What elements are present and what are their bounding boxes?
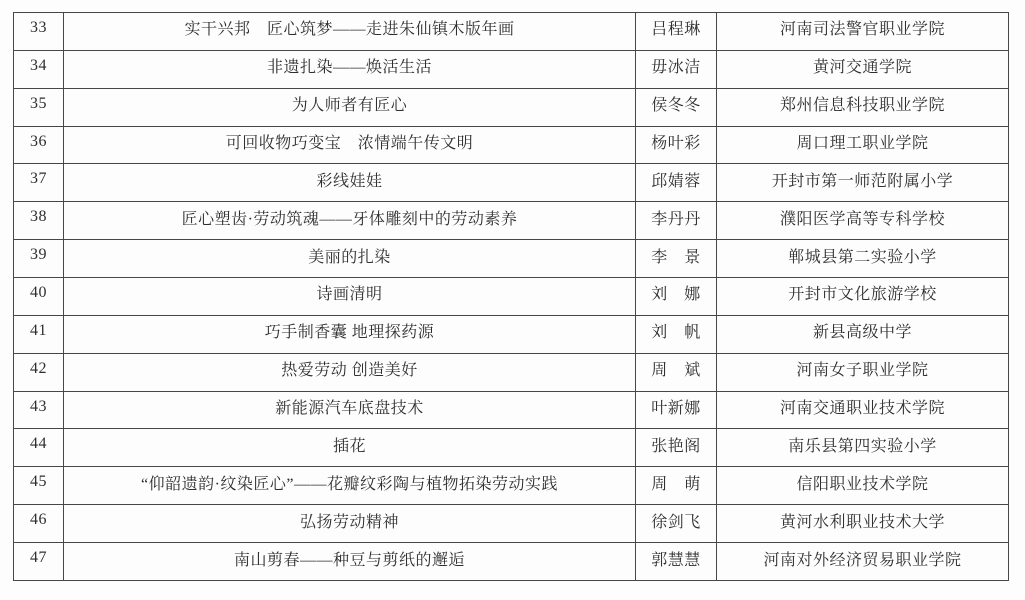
table-row: 36可回收物巧变宝 浓情端午传文明杨叶彩周口理工职业学院 — [14, 126, 1009, 164]
cell-number: 38 — [14, 202, 64, 240]
cell-number: 39 — [14, 240, 64, 278]
cell-institution: 周口理工职业学院 — [717, 126, 1009, 164]
cell-name: 侯冬冬 — [636, 88, 717, 126]
table-row: 43新能源汽车底盘技术叶新娜河南交通职业技术学院 — [14, 391, 1009, 429]
cell-number: 36 — [14, 126, 64, 164]
table-row: 37彩线娃娃邱婧蓉开封市第一师范附属小学 — [14, 164, 1009, 202]
cell-name: 刘 帆 — [636, 315, 717, 353]
table-row: 40诗画清明刘 娜开封市文化旅游学校 — [14, 278, 1009, 316]
cell-number: 34 — [14, 50, 64, 88]
table-row: 38匠心塑齿·劳动筑魂——牙体雕刻中的劳动素养李丹丹濮阳医学高等专科学校 — [14, 202, 1009, 240]
table-row: 35为人师者有匠心侯冬冬郑州信息科技职业学院 — [14, 88, 1009, 126]
table-row: 44插花张艳阁南乐县第四实验小学 — [14, 429, 1009, 467]
cell-name: 郭慧慧 — [636, 543, 717, 581]
cell-title: 为人师者有匠心 — [64, 88, 636, 126]
table-row: 42热爱劳动 创造美好周 斌河南女子职业学院 — [14, 353, 1009, 391]
cell-institution: 郸城县第二实验小学 — [717, 240, 1009, 278]
results-table: 33实干兴邦 匠心筑梦——走进朱仙镇木版年画吕程琳河南司法警官职业学院34非遗扎… — [13, 12, 1009, 581]
cell-name: 刘 娜 — [636, 278, 717, 316]
cell-title: 非遗扎染——焕活生活 — [64, 50, 636, 88]
cell-number: 37 — [14, 164, 64, 202]
cell-name: 杨叶彩 — [636, 126, 717, 164]
cell-institution: 郑州信息科技职业学院 — [717, 88, 1009, 126]
cell-institution: 黄河交通学院 — [717, 50, 1009, 88]
cell-institution: 开封市文化旅游学校 — [717, 278, 1009, 316]
table-row: 39美丽的扎染李 景郸城县第二实验小学 — [14, 240, 1009, 278]
cell-institution: 新县高级中学 — [717, 315, 1009, 353]
cell-name: 毋冰洁 — [636, 50, 717, 88]
table-row: 47南山剪春——种豆与剪纸的邂逅郭慧慧河南对外经济贸易职业学院 — [14, 543, 1009, 581]
table-row: 45“仰韶遗韵·纹染匠心”——花瓣纹彩陶与植物拓染劳动实践周 萌信阳职业技术学院 — [14, 467, 1009, 505]
table-row: 41巧手制香囊 地理探药源刘 帆新县高级中学 — [14, 315, 1009, 353]
document-page: 33实干兴邦 匠心筑梦——走进朱仙镇木版年画吕程琳河南司法警官职业学院34非遗扎… — [0, 0, 1025, 600]
results-table-body: 33实干兴邦 匠心筑梦——走进朱仙镇木版年画吕程琳河南司法警官职业学院34非遗扎… — [14, 13, 1009, 581]
cell-institution: 河南女子职业学院 — [717, 353, 1009, 391]
cell-institution: 黄河水利职业技术大学 — [717, 505, 1009, 543]
cell-number: 45 — [14, 467, 64, 505]
cell-number: 40 — [14, 278, 64, 316]
cell-number: 33 — [14, 13, 64, 51]
cell-title: 匠心塑齿·劳动筑魂——牙体雕刻中的劳动素养 — [64, 202, 636, 240]
cell-title: “仰韶遗韵·纹染匠心”——花瓣纹彩陶与植物拓染劳动实践 — [64, 467, 636, 505]
cell-title: 弘扬劳动精神 — [64, 505, 636, 543]
cell-name: 周 斌 — [636, 353, 717, 391]
cell-institution: 河南交通职业技术学院 — [717, 391, 1009, 429]
cell-title: 新能源汽车底盘技术 — [64, 391, 636, 429]
table-row: 34非遗扎染——焕活生活毋冰洁黄河交通学院 — [14, 50, 1009, 88]
cell-title: 美丽的扎染 — [64, 240, 636, 278]
cell-name: 邱婧蓉 — [636, 164, 717, 202]
cell-title: 插花 — [64, 429, 636, 467]
cell-name: 张艳阁 — [636, 429, 717, 467]
table-row: 33实干兴邦 匠心筑梦——走进朱仙镇木版年画吕程琳河南司法警官职业学院 — [14, 13, 1009, 51]
cell-institution: 濮阳医学高等专科学校 — [717, 202, 1009, 240]
cell-title: 南山剪春——种豆与剪纸的邂逅 — [64, 543, 636, 581]
cell-number: 47 — [14, 543, 64, 581]
cell-name: 李丹丹 — [636, 202, 717, 240]
cell-name: 叶新娜 — [636, 391, 717, 429]
cell-title: 实干兴邦 匠心筑梦——走进朱仙镇木版年画 — [64, 13, 636, 51]
cell-name: 徐剑飞 — [636, 505, 717, 543]
cell-institution: 河南对外经济贸易职业学院 — [717, 543, 1009, 581]
cell-title: 彩线娃娃 — [64, 164, 636, 202]
cell-institution: 南乐县第四实验小学 — [717, 429, 1009, 467]
cell-number: 41 — [14, 315, 64, 353]
cell-number: 42 — [14, 353, 64, 391]
table-row: 46弘扬劳动精神徐剑飞黄河水利职业技术大学 — [14, 505, 1009, 543]
cell-name: 李 景 — [636, 240, 717, 278]
cell-name: 吕程琳 — [636, 13, 717, 51]
cell-institution: 河南司法警官职业学院 — [717, 13, 1009, 51]
cell-title: 热爱劳动 创造美好 — [64, 353, 636, 391]
cell-number: 46 — [14, 505, 64, 543]
cell-title: 诗画清明 — [64, 278, 636, 316]
cell-institution: 信阳职业技术学院 — [717, 467, 1009, 505]
cell-number: 43 — [14, 391, 64, 429]
cell-name: 周 萌 — [636, 467, 717, 505]
cell-institution: 开封市第一师范附属小学 — [717, 164, 1009, 202]
cell-title: 巧手制香囊 地理探药源 — [64, 315, 636, 353]
cell-number: 44 — [14, 429, 64, 467]
cell-title: 可回收物巧变宝 浓情端午传文明 — [64, 126, 636, 164]
cell-number: 35 — [14, 88, 64, 126]
